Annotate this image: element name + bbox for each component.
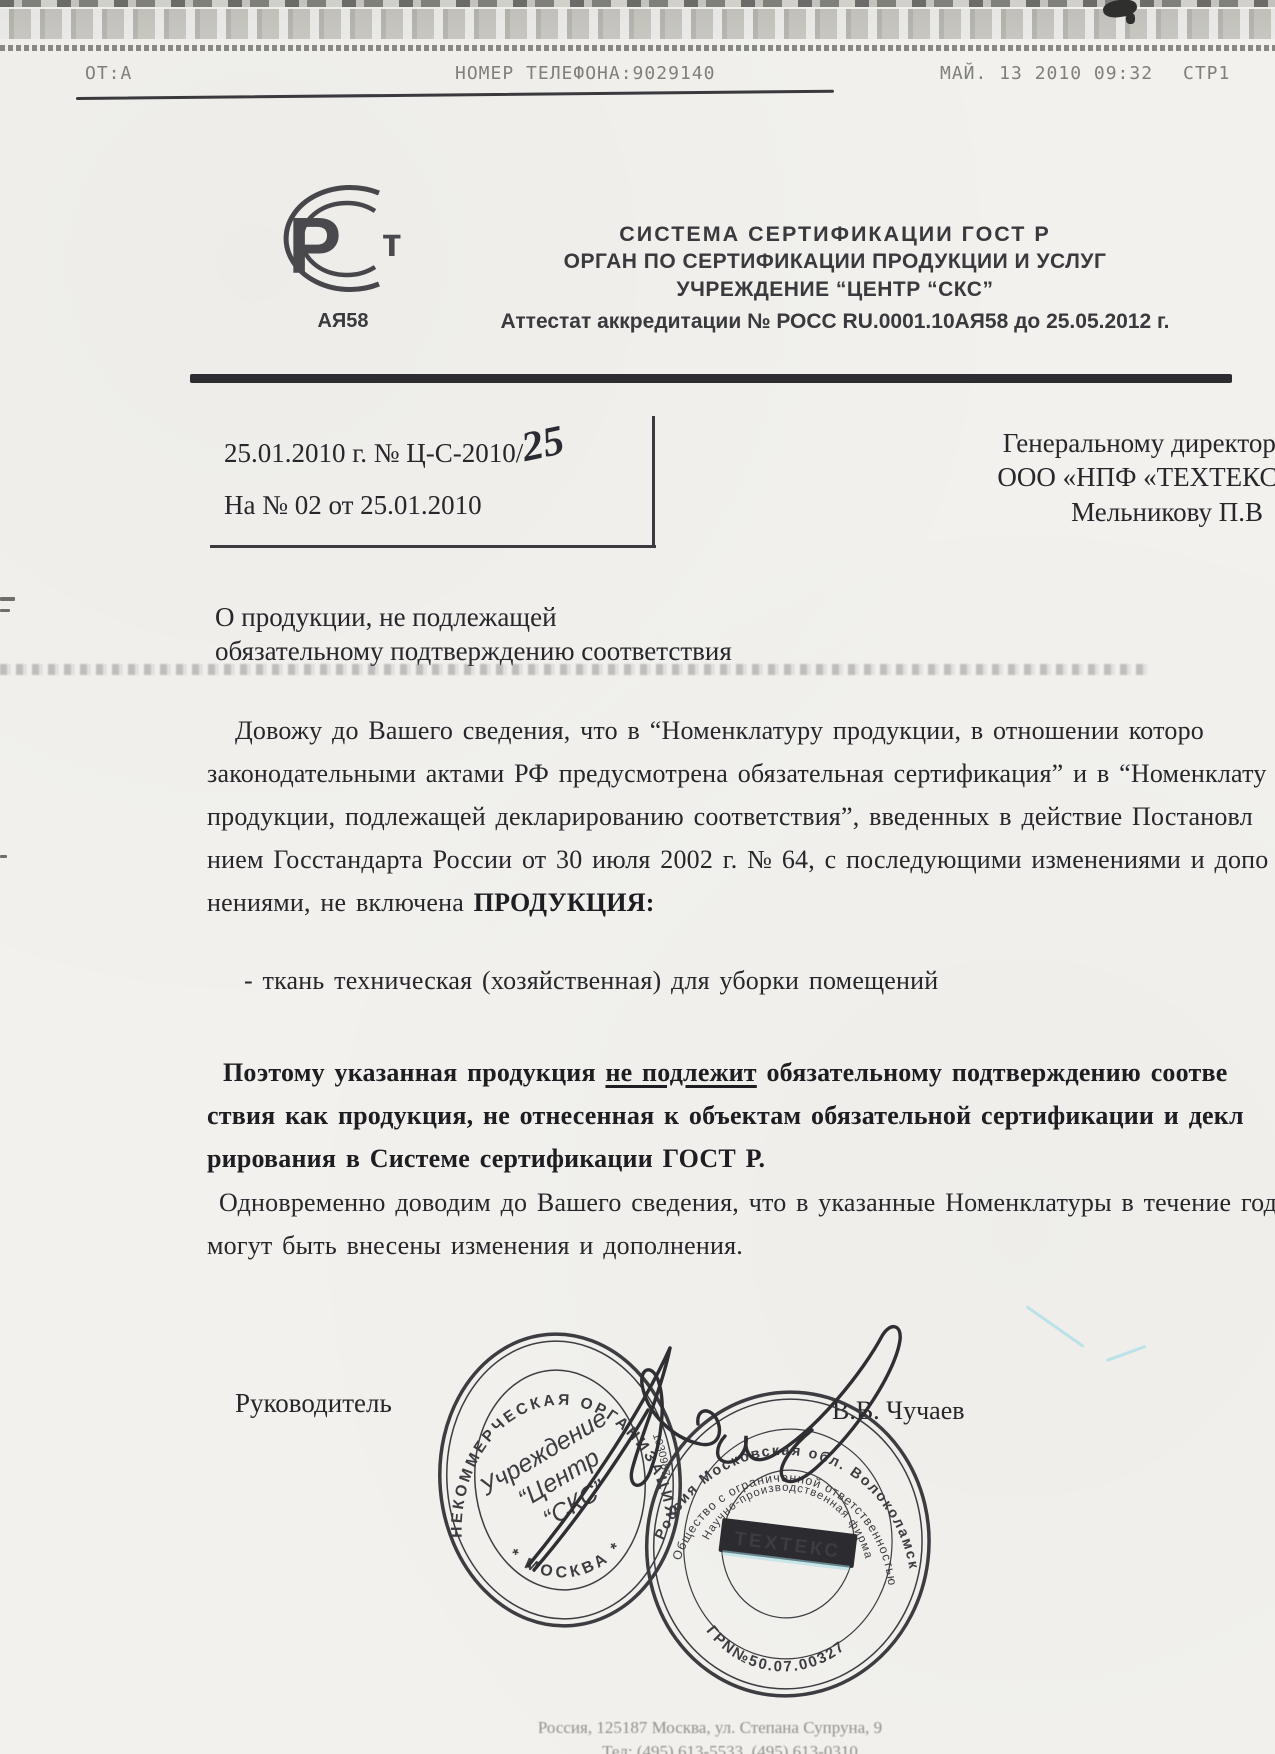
logo-letter-r: Р bbox=[288, 201, 341, 290]
letterhead-line2: ОРГАН ПО СЕРТИФИКАЦИИ ПРОДУКЦИИ И УСЛУГ bbox=[430, 250, 1240, 274]
edge-speck bbox=[0, 597, 15, 601]
ink-blot-small bbox=[1126, 13, 1135, 24]
paragraph2-underlined-phrase: не подлежит bbox=[605, 1058, 756, 1087]
blue-pen-mark bbox=[1106, 1345, 1146, 1362]
edge-speck bbox=[0, 609, 10, 612]
reference-number-line: 25.01.2010 г. № Ц-С-2010/25 bbox=[224, 438, 565, 469]
subject-line2: обязательному подтверждению соответствия bbox=[215, 636, 732, 667]
reference-box-bottom-line bbox=[210, 545, 656, 548]
rst-certification-logo: Р т bbox=[266, 180, 426, 302]
blue-pen-mark bbox=[1025, 1305, 1084, 1348]
product-list-item: - ткань техническая (хозяйственная) для … bbox=[244, 966, 938, 996]
edge-speck bbox=[0, 855, 7, 858]
addressee-position: Генеральному директору bbox=[1003, 428, 1275, 459]
letterhead-line3: УЧРЕЖДЕНИЕ “ЦЕНТР “СКС” bbox=[430, 278, 1240, 302]
scan-dotted-line bbox=[0, 45, 1275, 51]
handwritten-signature bbox=[520, 1318, 940, 1588]
signatory-title: Руководитель bbox=[235, 1388, 392, 1419]
paragraph3-line2: могут быть внесены изменения и дополнени… bbox=[207, 1231, 743, 1261]
addressee-person: Мельникову П.В bbox=[1071, 497, 1263, 528]
scan-noise-band bbox=[0, 9, 1275, 39]
paragraph2-line1-post: обязательному подтверждению соотве bbox=[757, 1058, 1228, 1087]
letterhead-accreditation: Аттестат аккредитации № РОСС RU.0001.10А… bbox=[430, 310, 1240, 334]
fax-datetime: МАЙ. 13 2010 09:32 bbox=[940, 63, 1153, 84]
paragraph2-line1-pre: Поэтому указанная продукция bbox=[223, 1058, 605, 1087]
paragraph1-line2: законодательными актами РФ предусмотрена… bbox=[207, 759, 1267, 789]
letterhead-line1: СИСТЕМА СЕРТИФИКАЦИИ ГОСТ Р bbox=[430, 222, 1240, 247]
pen-streak-line bbox=[76, 90, 834, 100]
svg-text:ГРN№50.07.00327: ГРN№50.07.00327 bbox=[699, 1621, 851, 1684]
footer-address: Россия, 125187 Москва, ул. Степана Супру… bbox=[460, 1718, 960, 1738]
paragraph1-line5: нениями, не включена ПРОДУКЦИЯ: bbox=[207, 888, 655, 918]
logo-letter-t: т bbox=[382, 221, 402, 265]
fax-page-number: СТР1 bbox=[1183, 63, 1230, 84]
scan-noise-band-mid bbox=[0, 664, 1148, 675]
scanned-letter-page: ОТ:А НОМЕР ТЕЛЕФОНА:9029140 МАЙ. 13 2010… bbox=[0, 0, 1275, 1754]
letterhead-divider-rule bbox=[190, 374, 1232, 383]
paragraph2-line1: Поэтому указанная продукция не подлежит … bbox=[223, 1058, 1227, 1088]
reference-number-text: 25.01.2010 г. № Ц-С-2010/ bbox=[224, 438, 523, 468]
fax-phone: НОМЕР ТЕЛЕФОНА:9029140 bbox=[455, 63, 715, 84]
subject-line1: О продукции, не подлежащей bbox=[215, 602, 557, 633]
addressee-company: ООО «НПФ «ТЕХТЕКС» bbox=[997, 462, 1275, 493]
paragraph1-line5-text: нениями, не включена bbox=[207, 888, 474, 917]
logo-accreditation-code: АЯ58 bbox=[268, 310, 418, 333]
handwritten-number: 25 bbox=[521, 430, 566, 458]
footer-phone: Тел: (495) 613-5533, (495) 613-0310 bbox=[430, 1742, 1030, 1754]
stamp2-ring-bottom-number: ГРN№50.07.00327 bbox=[699, 1621, 851, 1684]
paragraph1-line5-bold: ПРОДУКЦИЯ: bbox=[474, 888, 655, 917]
fax-from: ОТ:А bbox=[85, 63, 132, 84]
paragraph1-line1: Довожу до Вашего сведения, что в “Номенк… bbox=[235, 716, 1204, 746]
reference-reply-line: На № 02 от 25.01.2010 bbox=[224, 490, 482, 521]
paragraph1-line3: продукции, подлежащей декларированию соо… bbox=[207, 802, 1253, 832]
scan-noise-top-edge bbox=[0, 0, 1275, 7]
paragraph2-line2: ствия как продукция, не отнесенная к объ… bbox=[207, 1101, 1244, 1131]
paragraph1-line4: нием Госстандарта России от 30 июля 2002… bbox=[207, 845, 1268, 875]
paragraph2-line3: рирования в Системе сертификации ГОСТ Р. bbox=[207, 1144, 765, 1174]
paragraph3-line1: Одновременно доводим до Вашего сведения,… bbox=[219, 1188, 1275, 1218]
reference-box-vertical-line bbox=[652, 416, 655, 548]
